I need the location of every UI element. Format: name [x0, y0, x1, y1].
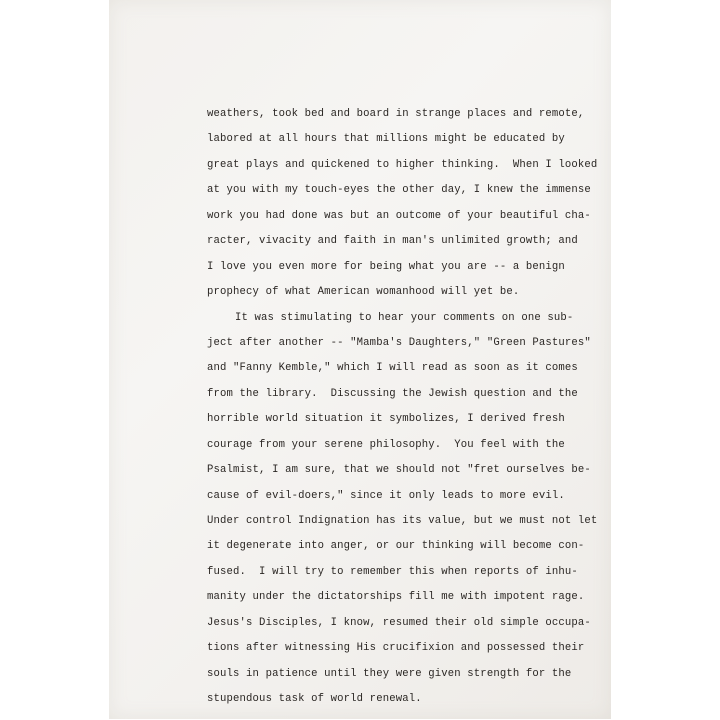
- text-line: Under control Indignation has its value,…: [207, 509, 587, 534]
- text-line: and "Fanny Kemble," which I will read as…: [207, 356, 587, 381]
- text-line: at you with my touch-eyes the other day,…: [207, 178, 587, 203]
- letter-page: weathers, took bed and board in strange …: [109, 0, 611, 719]
- text-line: work you had done was but an outcome of …: [207, 204, 587, 229]
- text-line: fused. I will try to remember this when …: [207, 560, 587, 585]
- text-line: Jesus's Disciples, I know, resumed their…: [207, 611, 587, 636]
- text-line: ject after another -- "Mamba's Daughters…: [207, 331, 587, 356]
- text-line: prophecy of what American womanhood will…: [207, 280, 587, 305]
- text-line: souls in patience until they were given …: [207, 662, 587, 687]
- text-line: courage from your serene philosophy. You…: [207, 433, 587, 458]
- text-line: labored at all hours that millions might…: [207, 127, 587, 152]
- letter-body: weathers, took bed and board in strange …: [207, 102, 587, 713]
- text-line: racter, vivacity and faith in man's unli…: [207, 229, 587, 254]
- text-line: great plays and quickened to higher thin…: [207, 153, 587, 178]
- text-line: weathers, took bed and board in strange …: [207, 102, 587, 127]
- paragraph-1: weathers, took bed and board in strange …: [207, 102, 587, 306]
- text-line: horrible world situation it symbolizes, …: [207, 407, 587, 432]
- text-line: stupendous task of world renewal.: [207, 687, 587, 712]
- text-line: Psalmist, I am sure, that we should not …: [207, 458, 587, 483]
- text-line: I love you even more for being what you …: [207, 255, 587, 280]
- text-line: it degenerate into anger, or our thinkin…: [207, 534, 587, 559]
- paragraph-2: It was stimulating to hear your comments…: [207, 306, 587, 713]
- text-line: from the library. Discussing the Jewish …: [207, 382, 587, 407]
- text-line: cause of evil-doers," since it only lead…: [207, 484, 587, 509]
- text-line: tions after witnessing His crucifixion a…: [207, 636, 587, 661]
- text-line: manity under the dictatorships fill me w…: [207, 585, 587, 610]
- text-line-indented: It was stimulating to hear your comments…: [207, 306, 587, 331]
